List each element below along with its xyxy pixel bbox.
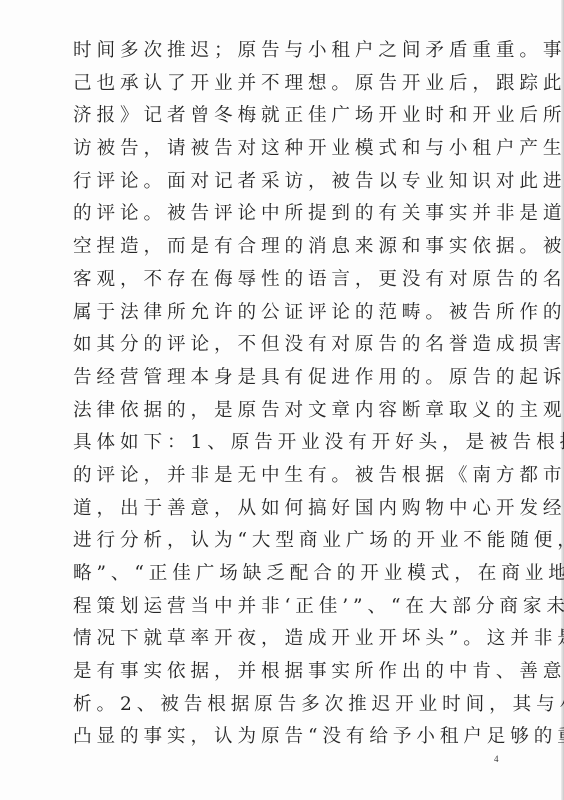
text-line: 道，出于善意，从如何搞好国内购物中心开发经营的专业角度 [73, 493, 499, 526]
text-line: 法律依据的，是原告对文章内容断章取义的主观推测的结果。 [73, 395, 499, 428]
text-line: 时间多次推迟；原告与小租户之间矛盾重重。事实上，原告自 [73, 35, 499, 68]
text-line: 行评论。面对记者采访，被告以专业知识对此进行了恰如其分 [73, 166, 499, 199]
document-page: 时间多次推迟；原告与小租户之间矛盾重重。事实上，原告自 己也承认了开业并不理想。… [0, 0, 564, 800]
text-line: 凸显的事实，认为原告“没有给予小租户足够的重视”，但被告 [73, 721, 499, 754]
text-line: 的评论，并非是无中生有。被告根据《南方都市报》的相关报 [73, 460, 499, 493]
text-line: 属于法律所允许的公证评论的范畴。被告所作的中肯善意和恰 [73, 297, 499, 330]
text-line: 访被告，请被告对这种开业模式和与小租户产生矛盾的情况进 [73, 133, 499, 166]
page-number: 4 [494, 754, 499, 764]
text-line: 的评论。被告评论中所提到的有关事实并非是道听途说或是凭 [73, 198, 499, 231]
text-line: 进行分析，认为“大型商业广场的开业不能随便，更应讲究策 [73, 525, 499, 558]
text-line: 略”、“正佳广场缺乏配合的开业模式，在商业地产开发整体全 [73, 558, 499, 591]
text-line: 程策划运营当中并非‘正佳’”、“在大部分商家未能同时参与的 [73, 591, 499, 624]
text-line: 客观，不存在侮辱性的语言，更没有对原告的名誉进行损害， [73, 264, 499, 297]
text-line: 如其分的评论，不但没有对原告的名誉造成损害，相反，对原 [73, 329, 499, 362]
text-line: 空捏造，而是有合理的消息来源和事实依据。被告使用的语言 [73, 231, 499, 264]
text-line: 是有事实依据，并根据事实所作出的中肯、善意和建设性的分 [73, 656, 499, 689]
text-line: 济报》记者曾冬梅就正佳广场开业时和开业后所遇到的问题采 [73, 100, 499, 133]
text-line: 情况下就草率开夜，造成开业开坏头”。这并非是无中生有，而 [73, 623, 499, 656]
body-text: 时间多次推迟；原告与小租户之间矛盾重重。事实上，原告自 己也承认了开业并不理想。… [73, 35, 499, 754]
text-line: 具体如下：1、原告开业没有开好头，是被告根据公知事实作出 [73, 427, 499, 460]
text-line: 析。2、被告根据原告多次推迟开业时间，其与小租户之间矛盾 [73, 689, 499, 722]
text-line: 己也承认了开业并不理想。原告开业后，跟踪此事的《民营经 [73, 68, 499, 101]
text-line: 告经营管理本身是具有促进作用的。原告的起诉是没有事实和 [73, 362, 499, 395]
